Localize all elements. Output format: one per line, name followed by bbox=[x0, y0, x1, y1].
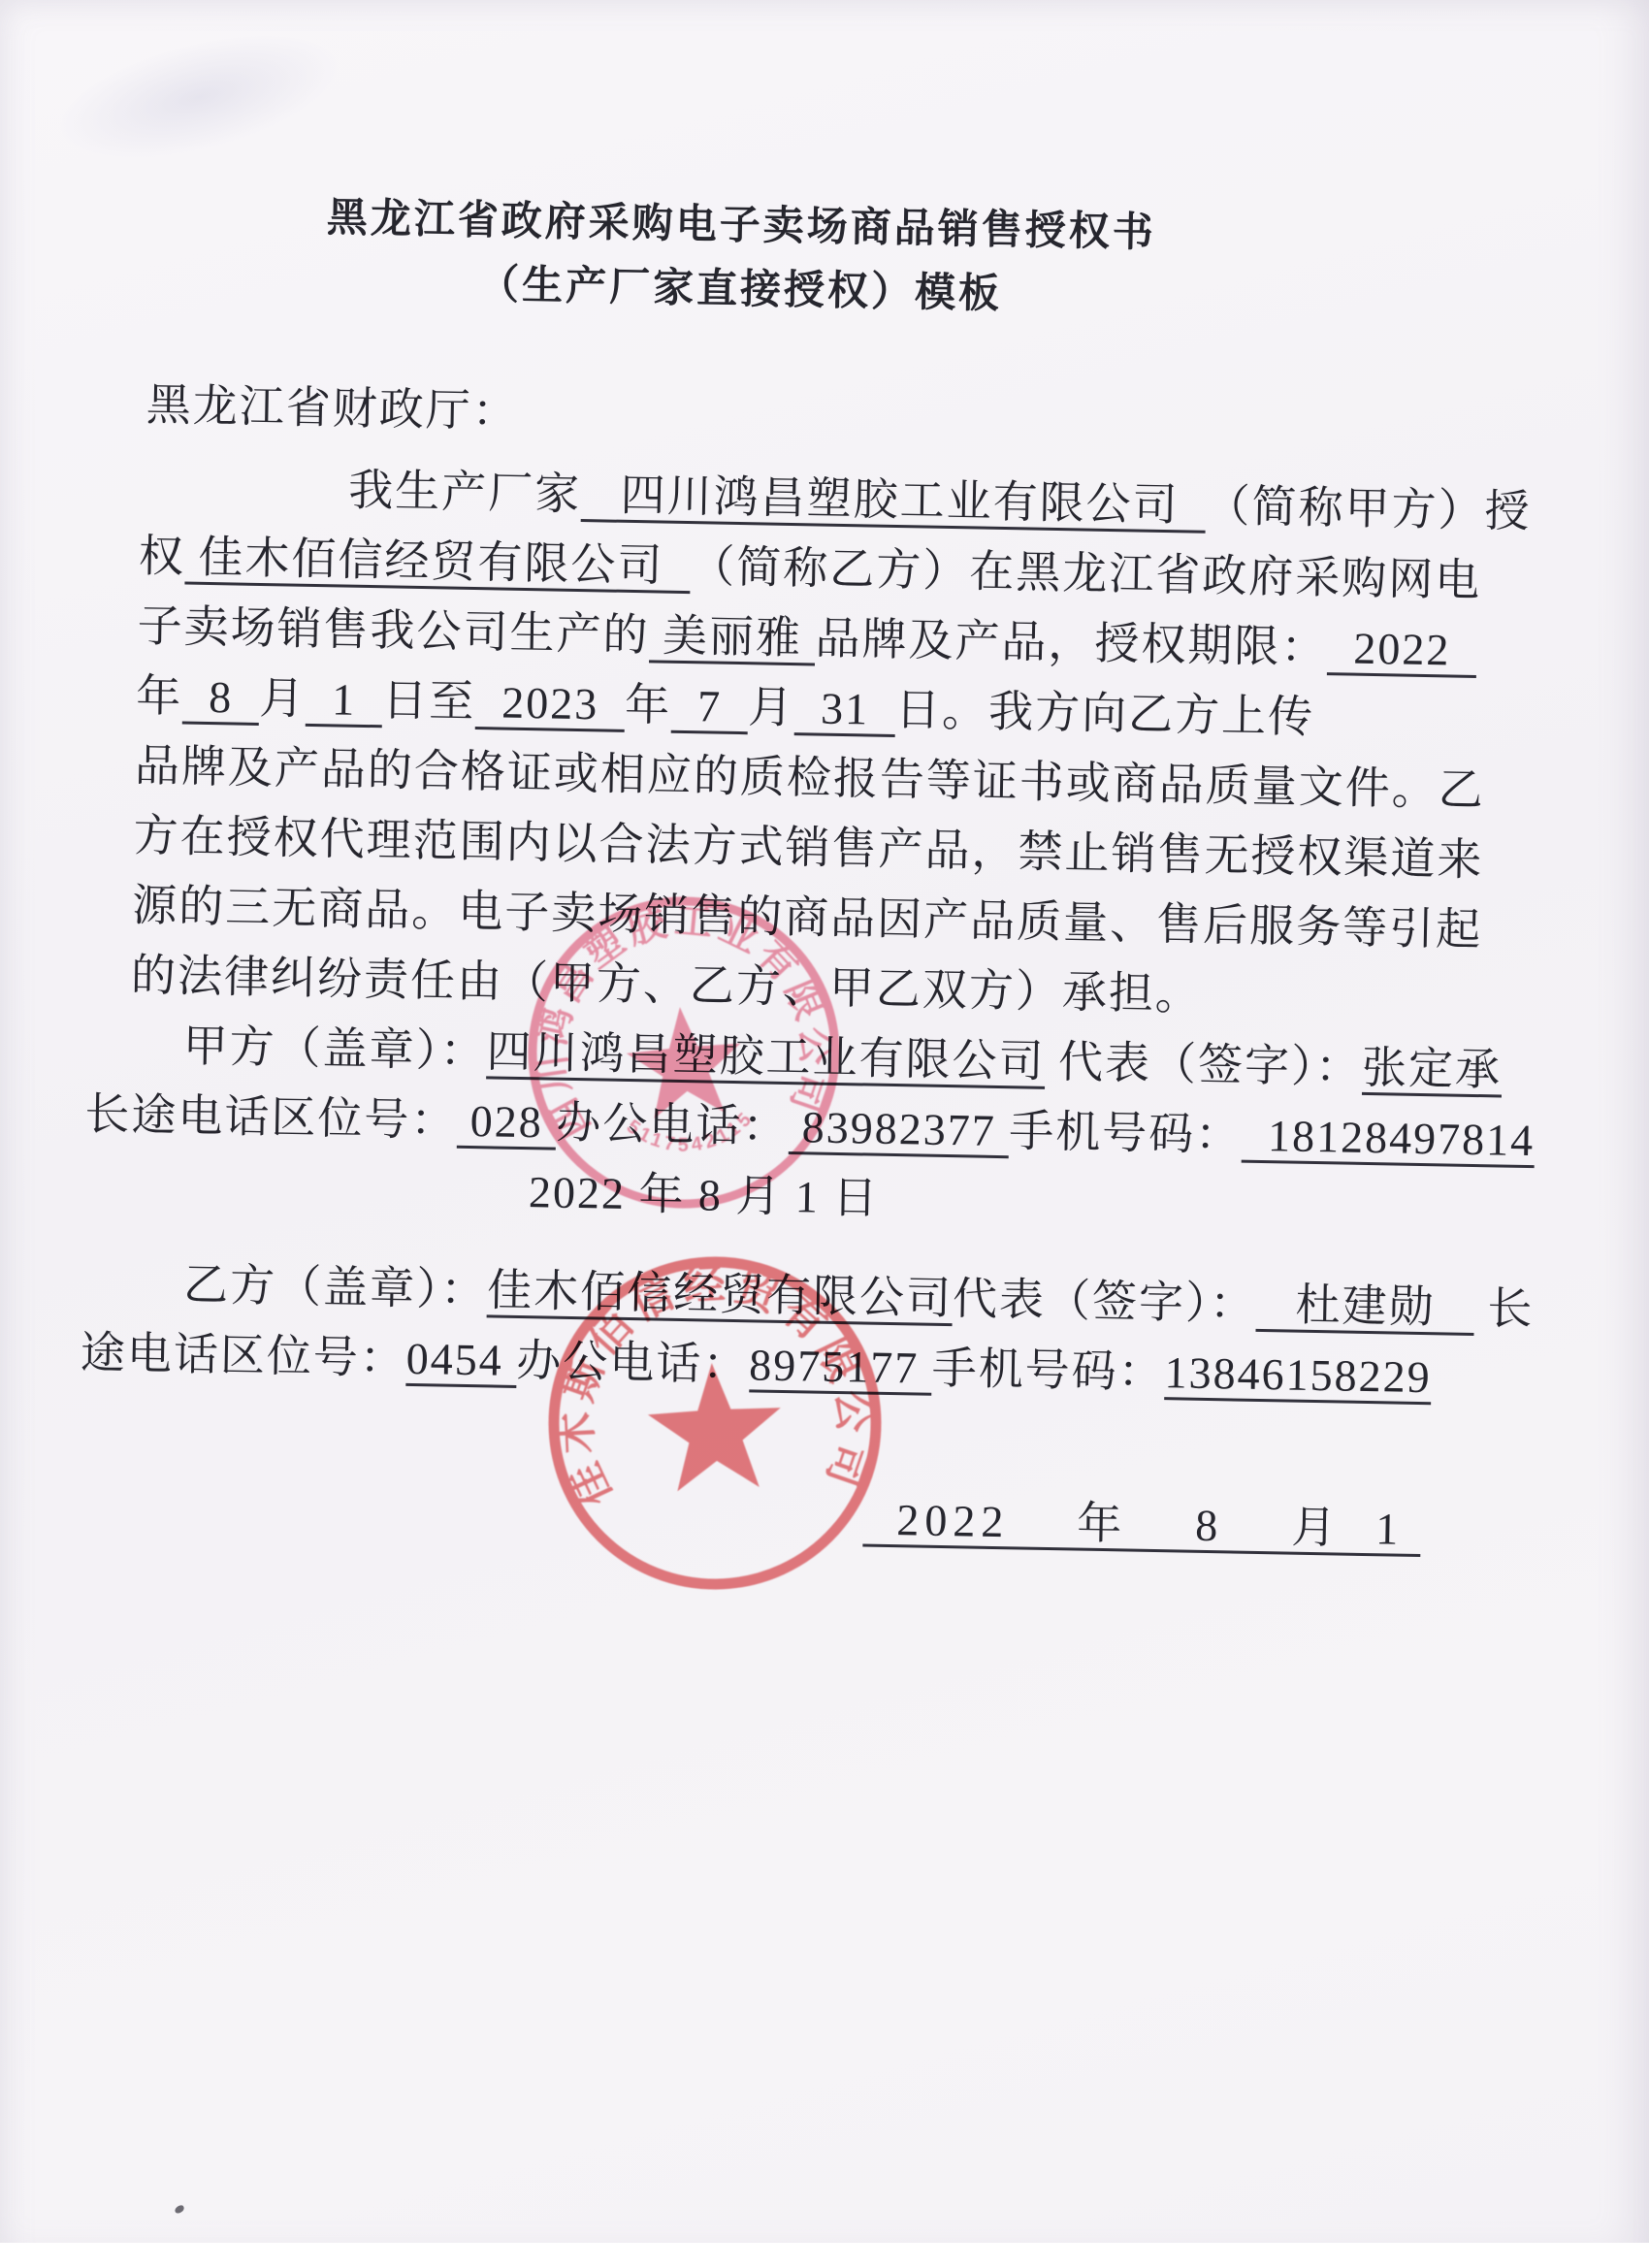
text-segment: （简称甲方）授 bbox=[1205, 481, 1532, 536]
text-segment: 日。我方向乙方上传 bbox=[895, 685, 1315, 742]
filled-blank-text: 佳木佰信经贸有限公司 bbox=[184, 533, 690, 595]
text-segment: 代表（签字）： bbox=[1045, 1037, 1362, 1092]
text-segment: 长 bbox=[1473, 1283, 1534, 1334]
party-b-seal-graphic: 佳木斯佰信经贸有限公司 bbox=[536, 1245, 893, 1602]
filled-blank-text: 1 bbox=[306, 674, 383, 728]
text-segment: （简称乙方）在黑龙江省政府采购网电 bbox=[690, 541, 1482, 605]
paper-sheet: 黑龙江省政府采购电子卖场商品销售授权书 （生产厂家直接授权）模板 黑龙江省财政厅… bbox=[0, 0, 1649, 2268]
filled-blank-text: 31 bbox=[794, 683, 896, 737]
scanned-document-page: { "page": { "title_line1": "黑龙江省政府采购电子卖场… bbox=[0, 0, 1649, 2268]
text-segment: 权 bbox=[138, 532, 185, 582]
filled-blank-text: 四川鸿昌塑胶工业有限公司 bbox=[581, 470, 1206, 534]
text-segment: 手机号码： bbox=[1009, 1106, 1243, 1159]
text-segment: 年 bbox=[625, 680, 672, 730]
text-segment: 甲方（盖章）： bbox=[182, 1021, 487, 1077]
ink-speck bbox=[174, 2204, 185, 2215]
filled-blank-text: 2023 bbox=[475, 677, 626, 732]
text-segment: 月 bbox=[748, 682, 795, 732]
party-a-seal-graphic: 四川鸿昌塑胶工业有限公司 5117542115 bbox=[510, 879, 857, 1226]
filled-blank-text: 美丽雅 bbox=[649, 610, 816, 665]
party-b-seal-star-icon bbox=[645, 1360, 785, 1493]
text-segment: 长途电话区位号： bbox=[84, 1089, 458, 1146]
party-a-seal-star-icon bbox=[623, 1002, 746, 1120]
scanner-edge-strip bbox=[0, 2243, 1649, 2268]
text-segment: 品牌及产品，授权期限： bbox=[815, 613, 1328, 672]
text-segment: 手机号码： bbox=[931, 1344, 1165, 1397]
filled-blank-text: 0454 bbox=[405, 1334, 516, 1388]
salutation: 黑龙江省财政厅： bbox=[145, 371, 1543, 466]
scan-smudge bbox=[45, 10, 353, 183]
text-segment: 我生产厂家 bbox=[348, 466, 582, 519]
svg-text:5117542115: 5117542115 bbox=[621, 1105, 760, 1161]
filled-blank-text: 13846158229 bbox=[1164, 1347, 1432, 1405]
filled-blank-text: 杜建勋 bbox=[1255, 1280, 1474, 1336]
filled-blank-text: 2022 年 8 月 1 bbox=[862, 1495, 1421, 1558]
filled-blank-text: 18128497814 bbox=[1242, 1111, 1536, 1169]
text-segment: 途电话区位号： bbox=[80, 1328, 406, 1383]
filled-blank-text: 8 bbox=[182, 672, 260, 726]
text-segment: 年 bbox=[136, 671, 183, 722]
text-segment: 代表（签字）： bbox=[953, 1274, 1257, 1329]
filled-blank-text: 2022 bbox=[1327, 623, 1477, 678]
party-a-seal-serial-text: 5117542115 bbox=[621, 1105, 760, 1161]
party-b-seal: 佳木斯佰信经贸有限公司 bbox=[536, 1245, 893, 1602]
text-segment: 子卖场销售我公司生产的 bbox=[137, 601, 650, 661]
text-segment: 日至 bbox=[382, 675, 476, 727]
party-a-seal: 四川鸿昌塑胶工业有限公司 5117542115 bbox=[510, 879, 857, 1226]
filled-blank-text: 7 bbox=[671, 681, 749, 734]
filled-blank-text: 张定承 bbox=[1361, 1043, 1502, 1098]
text-segment: 月 bbox=[259, 673, 307, 724]
text-segment: 乙方（盖章）： bbox=[183, 1260, 488, 1315]
